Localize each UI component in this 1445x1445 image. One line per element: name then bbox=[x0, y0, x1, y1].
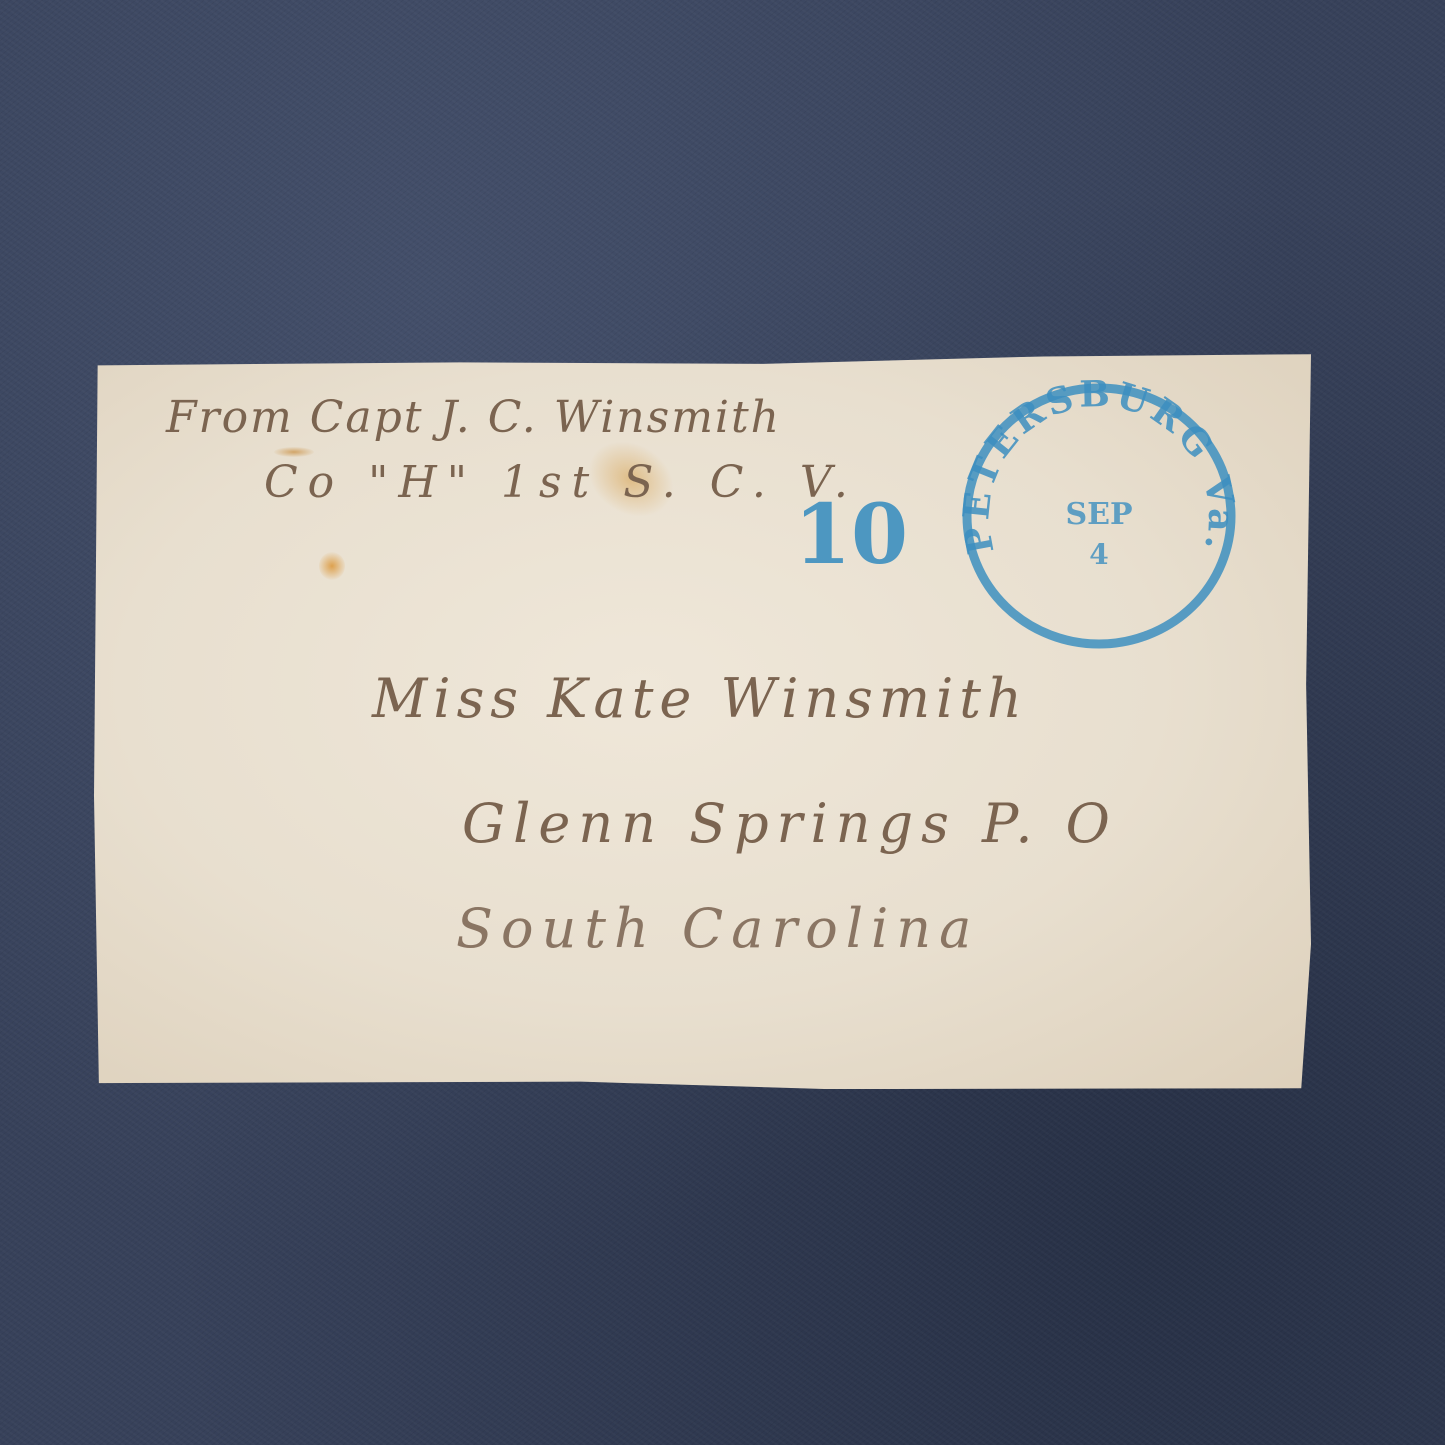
recipient-name: Miss Kate Winsmith bbox=[372, 667, 1028, 730]
svg-text:SEP: SEP bbox=[1065, 497, 1132, 532]
foxing-stain bbox=[274, 447, 314, 457]
foxing-stain bbox=[319, 552, 345, 580]
recipient-address-line-2: Glenn Springs P. O bbox=[462, 792, 1118, 855]
return-address-line-1: From Capt J. C. Winsmith bbox=[166, 392, 781, 443]
envelope-cover: From Capt J. C. Winsmith Co "H" 1st S. C… bbox=[94, 352, 1311, 1092]
postmark-icon: PETERSBURG Va. SEP 4 bbox=[954, 374, 1244, 654]
rate-marking: 10 bbox=[794, 487, 908, 583]
svg-text:4: 4 bbox=[1089, 538, 1108, 571]
return-address-line-2: Co "H" 1st S. C. V. bbox=[264, 457, 858, 508]
circular-datestamp: PETERSBURG Va. SEP 4 bbox=[954, 374, 1244, 654]
recipient-address-line-3: South Carolina bbox=[456, 897, 979, 960]
